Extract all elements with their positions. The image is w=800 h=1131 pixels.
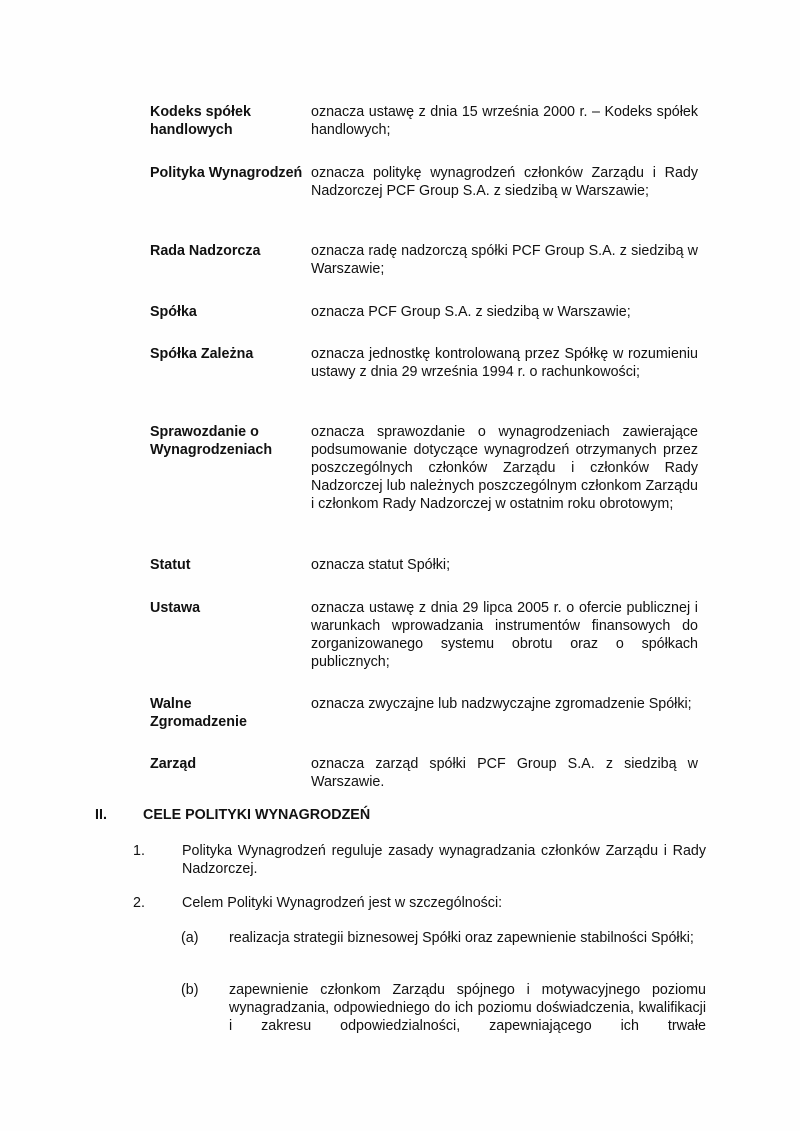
definition-text: oznacza politykę wynagrodzeń członków Za… <box>311 164 698 200</box>
definition-term: Spółka Zależna <box>150 345 310 363</box>
definition-text: oznacza radę nadzorczą spółki PCF Group … <box>311 242 698 278</box>
definition-term: Walne Zgromadzenie <box>150 695 270 731</box>
definition-text: oznacza PCF Group S.A. z siedzibą w Wars… <box>311 303 698 321</box>
definition-text: oznacza zarząd spółki PCF Group S.A. z s… <box>311 755 698 791</box>
sub-item-number: (a) <box>181 929 198 947</box>
definition-term: Ustawa <box>150 599 310 617</box>
sub-item-number: (b) <box>181 981 198 999</box>
definition-term: Polityka Wynagrodzeń <box>150 164 310 182</box>
section-number: II. <box>95 806 107 824</box>
document-page: Kodeks spółek handlowych oznacza ustawę … <box>0 0 800 1131</box>
list-item-text: Celem Polityki Wynagrodzeń jest w szczeg… <box>182 894 706 912</box>
list-item-text: Polityka Wynagrodzeń reguluje zasady wyn… <box>182 842 706 878</box>
section-title: CELE POLITYKI WYNAGRODZEŃ <box>143 806 370 824</box>
definition-text: oznacza jednostkę kontrolowaną przez Spó… <box>311 345 698 381</box>
definition-term: Spółka <box>150 303 310 321</box>
definition-text: oznacza zwyczajne lub nadzwyczajne zgrom… <box>311 695 698 713</box>
sub-item-text: realizacja strategii biznesowej Spółki o… <box>229 929 706 947</box>
definition-term: Sprawozdanie o Wynagrodzeniach <box>150 423 315 459</box>
list-item-number: 2. <box>133 894 145 912</box>
definition-text: oznacza ustawę z dnia 15 września 2000 r… <box>311 103 698 139</box>
definition-text: oznacza sprawozdanie o wynagrodzeniach z… <box>311 423 698 513</box>
definition-term: Statut <box>150 556 310 574</box>
list-item-number: 1. <box>133 842 145 860</box>
definition-term: Zarząd <box>150 755 310 773</box>
sub-item-text: zapewnienie członkom Zarządu spójnego i … <box>229 981 706 1035</box>
definition-term: Rada Nadzorcza <box>150 242 310 260</box>
definition-text: oznacza statut Spółki; <box>311 556 698 574</box>
definition-text: oznacza ustawę z dnia 29 lipca 2005 r. o… <box>311 599 698 671</box>
definition-term: Kodeks spółek handlowych <box>150 103 310 139</box>
